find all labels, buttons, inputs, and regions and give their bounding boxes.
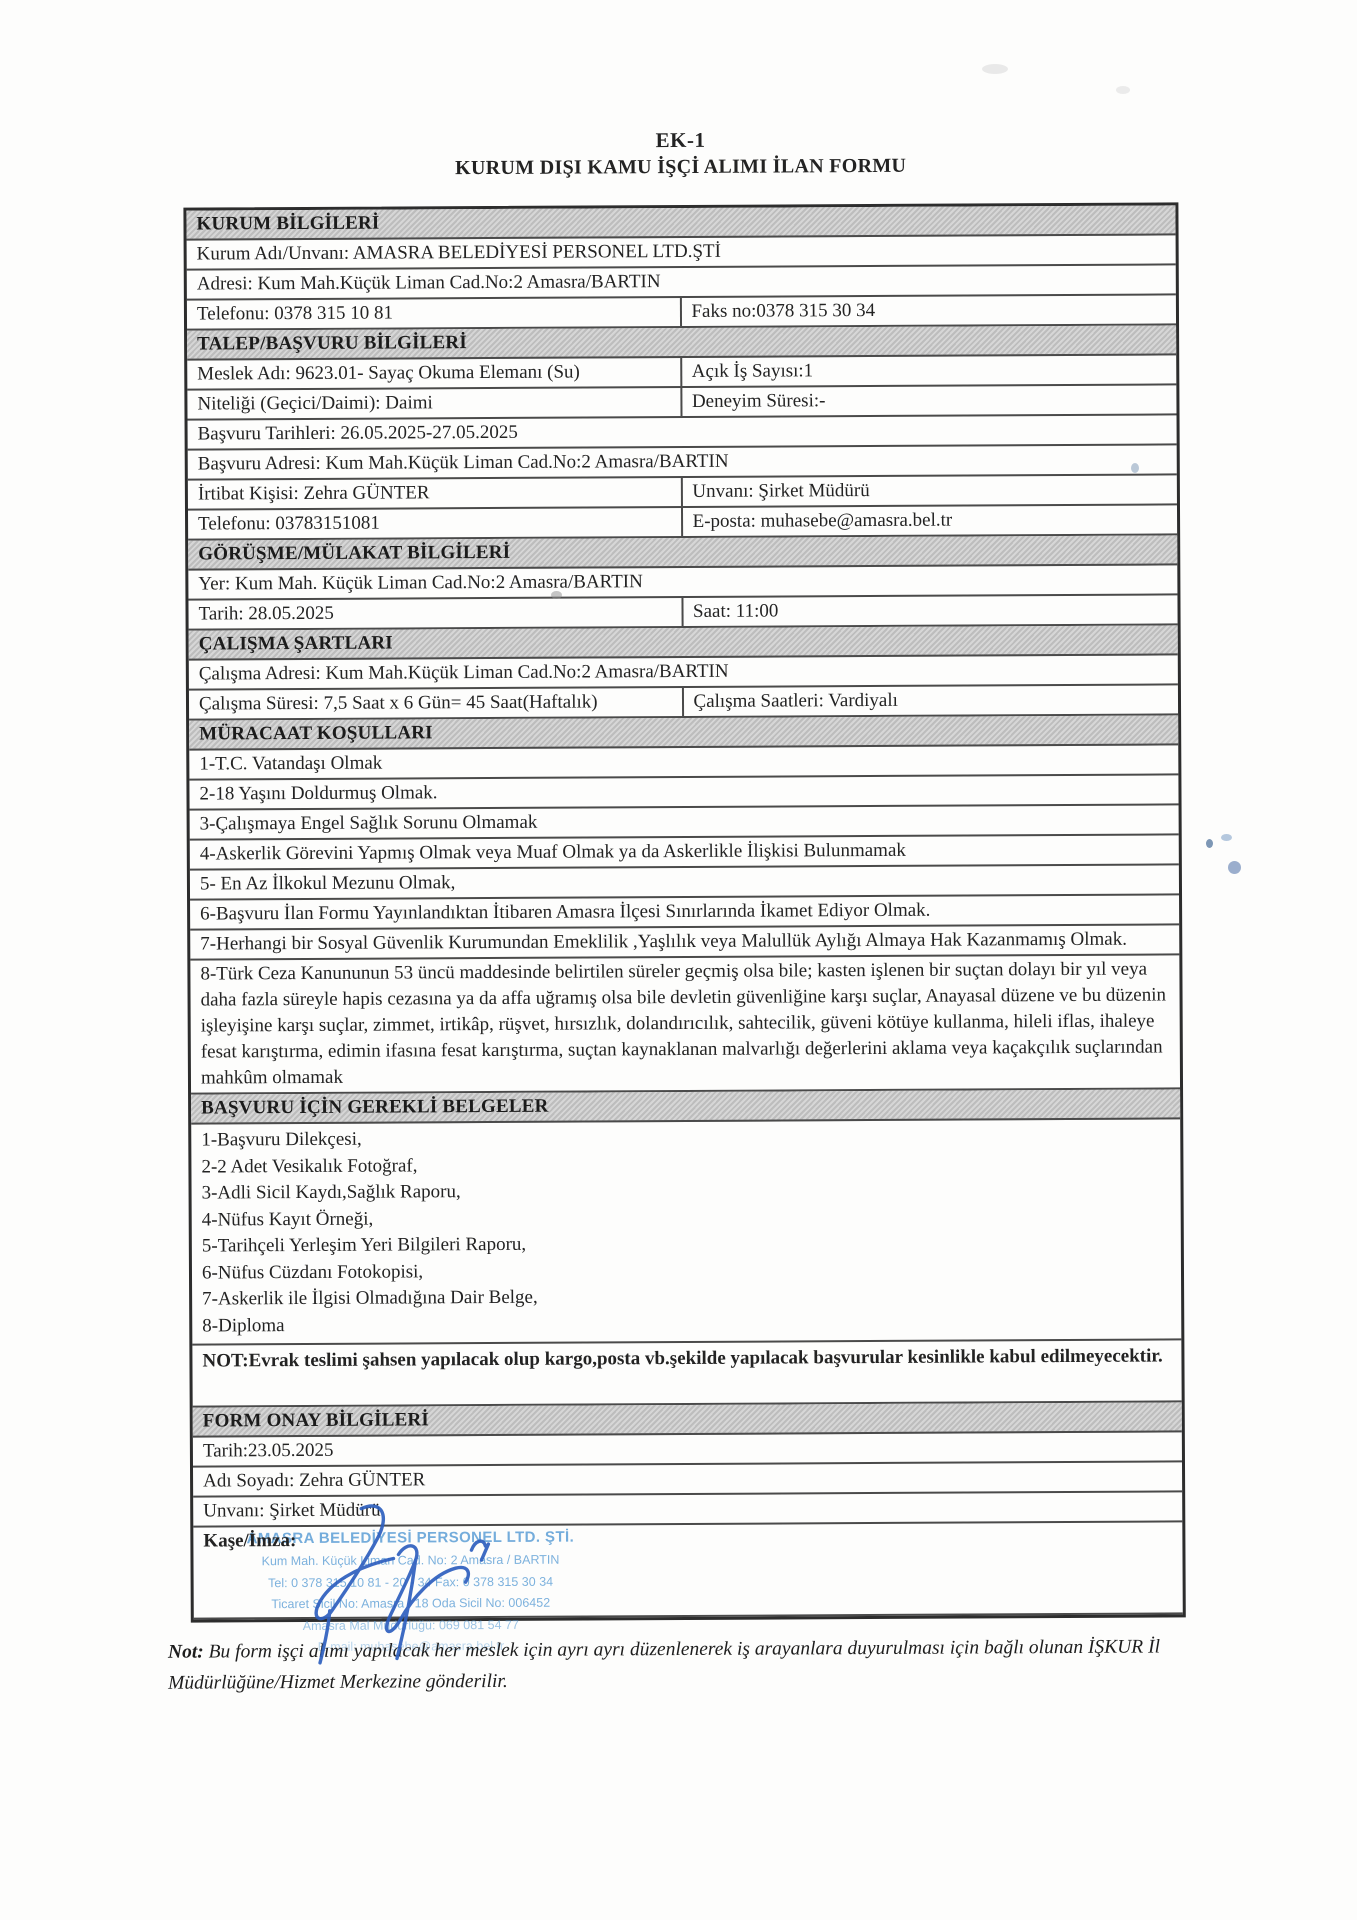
kosul-6-text: 6-Başvuru İlan Formu Yayınlandıktan İtib… bbox=[190, 895, 1179, 928]
not-text: NOT:Evrak teslimi şahsen yapılacak olup … bbox=[192, 1340, 1181, 1375]
ink-speck bbox=[1221, 834, 1232, 841]
section-header-gorusme-label: GÖRÜŞME/MÜLAKAT BİLGİLERİ bbox=[188, 535, 1177, 568]
onay-ad-value: Adı Soyadı: Zehra GÜNTER bbox=[193, 1462, 1182, 1495]
gorusme-saat-value: Saat: 11:00 bbox=[683, 595, 1178, 626]
scanned-document-page: EK-1 KURUM DIŞI KAMU İŞÇİ ALIMI İLAN FOR… bbox=[0, 0, 1357, 1920]
basvuru-tarihleri-value: Başvuru Tarihleri: 26.05.2025-27.05.2025 bbox=[188, 415, 1177, 448]
section-header-belgeler-label: BAŞVURU İÇİN GEREKLİ BELGELER bbox=[191, 1089, 1180, 1122]
form-title: EK-1 KURUM DIŞI KAMU İŞÇİ ALIMI İLAN FOR… bbox=[183, 125, 1178, 181]
kurum-tel-value: Telefonu: 0378 315 10 81 bbox=[187, 298, 682, 329]
nitelik-value: Niteliği (Geçici/Daimi): Daimi bbox=[187, 388, 682, 419]
footer-note-label: Not: bbox=[168, 1642, 204, 1663]
acik-is-value: Açık İş Sayısı:1 bbox=[682, 355, 1177, 386]
calisma-saatler-value: Çalışma Saatleri: Vardiyalı bbox=[683, 685, 1178, 716]
gorusme-yer-value: Yer: Kum Mah. Küçük Liman Cad.No:2 Amasr… bbox=[188, 565, 1177, 598]
kosul-8-text: 8-Türk Ceza Kanununun 53 üncü maddesinde… bbox=[190, 955, 1180, 1092]
kosul-1-text: 1-T.C. Vatandaşı Olmak bbox=[189, 745, 1178, 778]
deneyim-value: Deneyim Süresi:- bbox=[682, 385, 1177, 416]
meslek-value: Meslek Adı: 9623.01- Sayaç Okuma Elemanı… bbox=[187, 358, 682, 389]
kosul-2-text: 2-18 Yaşını Doldurmuş Olmak. bbox=[189, 775, 1178, 808]
kurum-faks-value: Faks no:0378 315 30 34 bbox=[681, 295, 1176, 326]
row-not: NOT:Evrak teslimi şahsen yapılacak olup … bbox=[192, 1340, 1181, 1407]
kurum-adi-value: Kurum Adı/Unvanı: AMASRA BELEDİYESİ PERS… bbox=[187, 235, 1176, 268]
basvuru-adresi-value: Başvuru Adresi: Kum Mah.Küçük Liman Cad.… bbox=[188, 445, 1177, 478]
row-belgeler-list: 1-Başvuru Dilekçesi, 2-2 Adet Vesikalık … bbox=[191, 1119, 1181, 1345]
footer-note: Not: Bu form işçi alımı yapılacak her me… bbox=[168, 1631, 1216, 1698]
scan-smudge bbox=[982, 64, 1008, 74]
form-table: KURUM BİLGİLERİ Kurum Adı/Unvanı: AMASRA… bbox=[183, 202, 1185, 1622]
section-header-muracaat-label: MÜRACAAT KOŞULLARI bbox=[189, 715, 1178, 748]
row-kosul-8: 8-Türk Ceza Kanununun 53 üncü maddesinde… bbox=[190, 955, 1180, 1094]
eposta-value: E-posta: muhasebe@amasra.bel.tr bbox=[682, 505, 1177, 536]
talep-tel-value: Telefonu: 03783151081 bbox=[188, 508, 683, 539]
ink-speck bbox=[1206, 839, 1213, 848]
belgeler-list: 1-Başvuru Dilekçesi, 2-2 Adet Vesikalık … bbox=[191, 1119, 1181, 1343]
kurum-adres-value: Adresi: Kum Mah.Küçük Liman Cad.No:2 Ama… bbox=[187, 265, 1176, 298]
kase-imza-label: Kaşe/İmza: bbox=[193, 1522, 1182, 1555]
form-body: EK-1 KURUM DIŞI KAMU İŞÇİ ALIMI İLAN FOR… bbox=[183, 125, 1186, 1698]
irtibat-value: İrtibat Kişisi: Zehra GÜNTER bbox=[188, 478, 683, 509]
section-header-calisma-label: ÇALIŞMA ŞARTLARI bbox=[189, 625, 1178, 658]
section-header-onay-label: FORM ONAY BİLGİLERİ bbox=[193, 1402, 1182, 1435]
section-header-talep-label: TALEP/BAŞVURU BİLGİLERİ bbox=[187, 325, 1176, 358]
irtibat-unvan-value: Unvanı: Şirket Müdürü bbox=[682, 475, 1177, 506]
kosul-5-text: 5- En Az İlkokul Mezunu Olmak, bbox=[190, 865, 1179, 898]
kosul-3-text: 3-Çalışmaya Engel Sağlık Sorunu Olmamak bbox=[190, 805, 1179, 838]
kosul-4-text: 4-Askerlik Görevini Yapmış Olmak veya Mu… bbox=[190, 835, 1179, 868]
ink-speck bbox=[1228, 861, 1241, 874]
belge-8: 8-Diploma bbox=[202, 1308, 1173, 1340]
kosul-7-text: 7-Herhangi bir Sosyal Güvenlik Kurumunda… bbox=[190, 925, 1179, 958]
calisma-sure-value: Çalışma Süresi: 7,5 Saat x 6 Gün= 45 Saa… bbox=[189, 688, 684, 719]
scan-smudge bbox=[1116, 86, 1130, 94]
onay-unvan-value: Unvanı: Şirket Müdürü bbox=[193, 1492, 1182, 1525]
form-title-ek: EK-1 bbox=[183, 125, 1178, 155]
row-kase-imza: Kaşe/İmza: bbox=[193, 1522, 1182, 1619]
form-title-main: KURUM DIŞI KAMU İŞÇİ ALIMI İLAN FORMU bbox=[183, 153, 1178, 181]
gorusme-tarih-value: Tarih: 28.05.2025 bbox=[188, 598, 683, 629]
section-header-kurum-label: KURUM BİLGİLERİ bbox=[186, 205, 1175, 238]
calisma-adres-value: Çalışma Adresi: Kum Mah.Küçük Liman Cad.… bbox=[189, 655, 1178, 688]
footer-note-text: Bu form işçi alımı yapılacak her meslek … bbox=[168, 1637, 1160, 1694]
onay-tarih-value: Tarih:23.05.2025 bbox=[193, 1432, 1182, 1465]
